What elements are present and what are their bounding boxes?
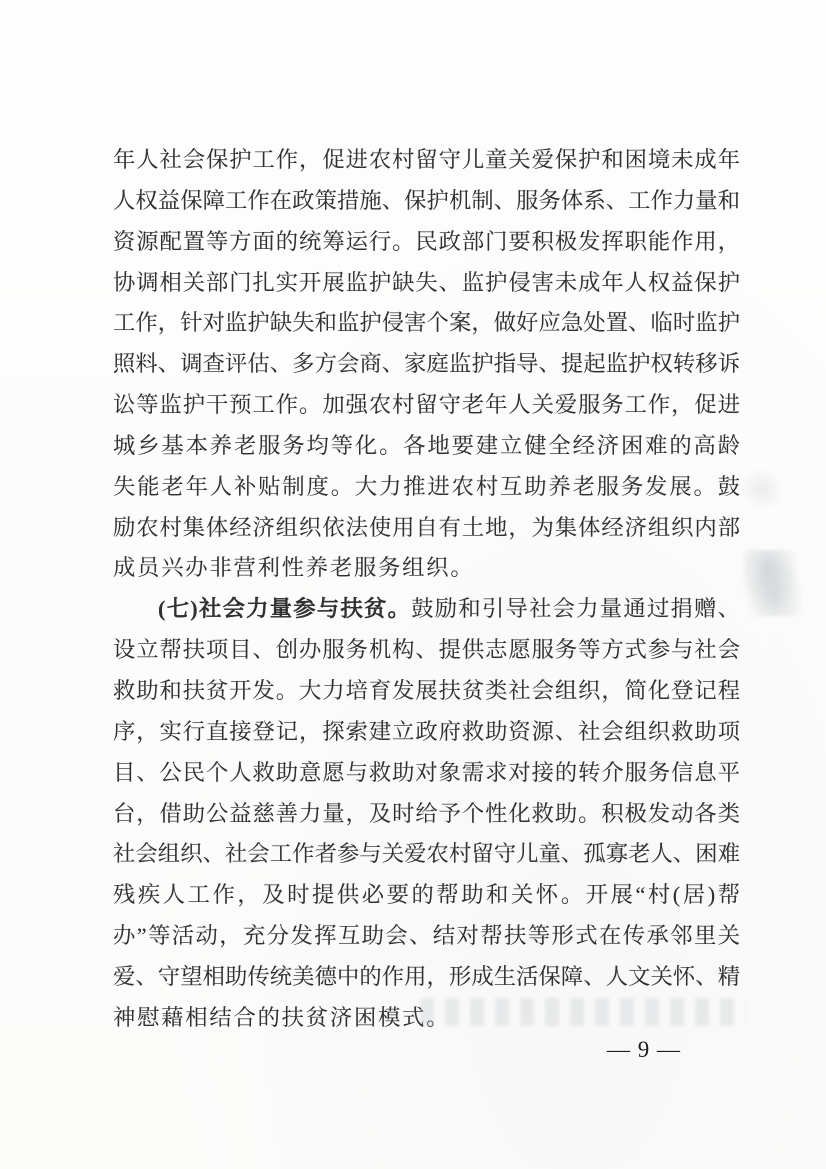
scanned-page: 年人社会保护工作，促进农村留守儿童关爱保护和困境未成年人权益保障工作在政策措施、…	[0, 0, 826, 1169]
text-line: 讼等监护干预工作。加强农村留守老年人关爱服务工作，促进	[113, 385, 740, 426]
text-line: 年人社会保护工作，促进农村留守儿童关爱保护和困境未成年	[113, 140, 740, 181]
text-line: 资源配置等方面的统筹运行。民政部门要积极发挥职能作用，	[113, 222, 740, 263]
text-line: 台，借助公益慈善力量，及时给予个性化救助。积极发动各类	[113, 794, 740, 835]
text-line: 序，实行直接登记，探索建立政府救助资源、社会组织救助项	[113, 712, 740, 753]
text-line: 失能老年人补贴制度。大力推进农村互助养老服务发展。鼓	[113, 467, 740, 508]
text-line: 人权益保障工作在政策措施、保护机制、服务体系、工作力量和	[113, 181, 740, 222]
text-line: 成员兴办非营利性养老服务组织。	[113, 548, 740, 589]
text-line: 城乡基本养老服务均等化。各地要建立健全经济困难的高龄	[113, 426, 740, 467]
text-line: (七)社会力量参与扶贫。鼓励和引导社会力量通过捐赠、	[113, 589, 740, 630]
bleed-through-smudge	[744, 550, 802, 616]
paragraph-heading: (七)社会力量参与扶贫。	[158, 596, 411, 621]
text-line: 办”等活动，充分发挥互助会、结对帮扶等形式在传承邻里关	[113, 916, 740, 957]
page-number: — 9 —	[607, 1036, 717, 1064]
text-line: 设立帮扶项目、创办服务机构、提供志愿服务等方式参与社会	[113, 630, 740, 671]
bleed-through-smudge	[740, 468, 784, 510]
text-line: 协调相关部门扎实开展监护缺失、监护侵害未成年人权益保护	[113, 263, 740, 304]
text-block: 年人社会保护工作，促进农村留守儿童关爱保护和困境未成年人权益保障工作在政策措施、…	[113, 140, 740, 1039]
text-line: 工作，针对监护缺失和监护侵害个案，做好应急处置、临时监护	[113, 303, 740, 344]
bleed-through-text	[420, 998, 746, 1026]
text-line: 照料、调查评估、多方会商、家庭监护指导、提起监护权转移诉	[113, 344, 740, 385]
text-line: 爱、守望相助传统美德中的作用，形成生活保障、人文关怀、精	[113, 957, 740, 998]
text-line: 目、公民个人救助意愿与救助对象需求对接的转介服务信息平	[113, 753, 740, 794]
text-line: 社会组织、社会工作者参与关爱农村留守儿童、孤寡老人、困难	[113, 834, 740, 875]
text-line: 励农村集体经济组织依法使用自有土地，为集体经济组织内部	[113, 508, 740, 549]
text-line: 残疾人工作，及时提供必要的帮助和关怀。开展“村(居)帮	[113, 875, 740, 916]
text-line: 救助和扶贫开发。大力培育发展扶贫类社会组织，简化登记程	[113, 671, 740, 712]
